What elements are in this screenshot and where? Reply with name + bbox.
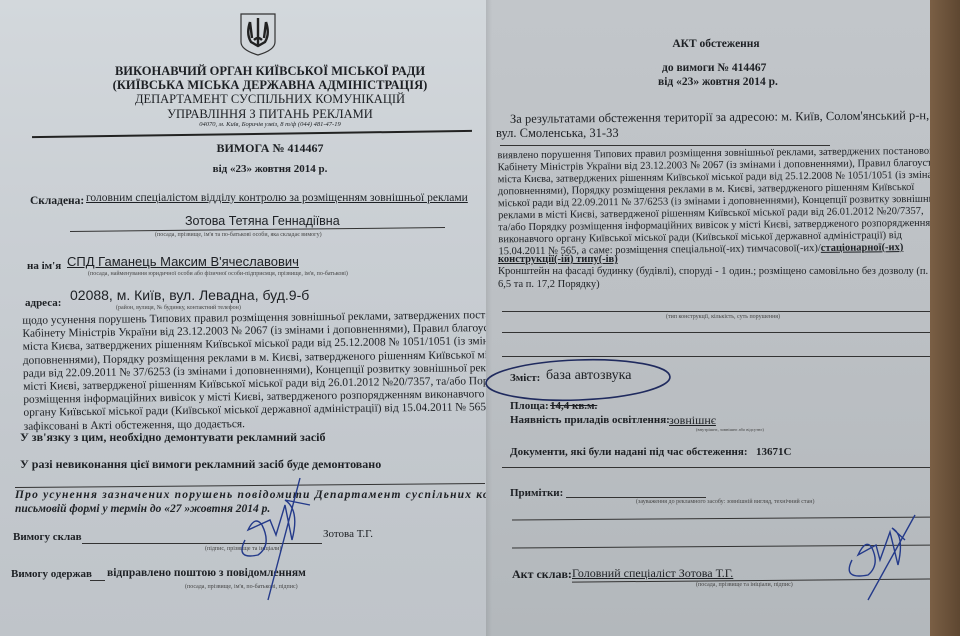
construction-desc2: 6,5 та п. 17,2 Порядку) [498,279,600,290]
composed-by-label: Вимогу склав [13,531,82,543]
department-name: ДЕПАРТАМЕНТ СУСПІЛЬНИХ КОМУНІКАЦІЙ [60,92,480,107]
act-composed-label: Акт склав: [512,567,572,582]
composed-by-name: Зотова Т.Г. [323,528,373,540]
address-hint: (район, вулиця, № будинку, контактний те… [116,305,241,311]
received-value: відправлено поштою з повідомленням [107,567,306,579]
notes-line1 [512,516,946,520]
addressee-label: на ім'я [27,260,61,272]
header-address: 04070, м. Київ, Боричів узвіз, 8 т/ф (04… [60,121,480,128]
notes-label: Примітки: [510,487,563,499]
composed-by-line [82,543,322,544]
construction-type: конструкції(-ій) типу(-ів) [498,254,618,265]
addressee-value: СПД Гаманець Максим В'ячеславович [67,254,299,269]
inspection-act-page: АКТ обстеження до вимоги № 414467 від «2… [486,0,946,636]
documents-line [502,467,942,468]
notice-line2: письмовій формі у термін до «27 »жовтня … [15,503,270,515]
area-value: 14,4 кв.м. [550,400,597,412]
warning-text: У разі невиконання цієї вимоги рекламний… [20,457,381,472]
composer-hint: (посада, прізвище, ім'я та по-батькові о… [155,232,322,238]
content-value: база автозвука [546,368,631,384]
header-divider [32,130,472,138]
area-label: Площа: [510,400,549,412]
notice-divider [15,483,485,488]
act-composed-hint: (посада, прізвище та ініціали, підпис) [696,582,793,588]
addressee-hint: (посада, найменування юридичної особи аб… [88,271,348,277]
lighting-hint: (внутрішнє, зовнішнє або відсутнє) [696,427,764,432]
received-line [90,580,105,581]
construction-desc1: Кронштейн на фасаді будинку (будівлі), с… [498,266,928,277]
notice-line1: Про усунення зазначених порушень повідом… [15,489,486,501]
act-intro-line1: За результатами обстеження території за … [510,108,929,127]
intro-divider [500,145,830,146]
composed-value: головним спеціалістом відділу контролю з… [86,192,468,204]
act-title: АКТ обстеження [486,38,946,50]
demand-date: від «23» жовтня 2014 р. [60,163,480,175]
composed-by-hint: (підпис, прізвище та ініціали) [205,546,281,552]
stationary-emphasis: стаціонарної(-их) [821,242,904,255]
trident-emblem-icon [238,12,278,56]
address-label: адреса: [25,297,61,309]
notes-line-short [566,497,706,498]
composer-name: Зотова Тетяна Геннадіївна [185,214,340,228]
construction-line1 [502,311,932,312]
demand-body: щодо усунення порушень Типових правил ро… [22,309,483,433]
demand-title: ВИМОГА № 414467 [60,141,480,156]
org-name-line2: (КИЇВСЬКА МІСЬКА ДЕРЖАВНА АДМІНІСТРАЦІЯ) [60,78,480,93]
division-name: УПРАВЛІННЯ З ПИТАНЬ РЕКЛАМИ [60,107,480,122]
notes-hint: (зауваження до рекламного засобу: зовніш… [636,499,815,505]
act-composed-value: Головний спеціаліст Зотова Т.Г. [572,566,733,581]
documents-value: 13671С [756,446,791,458]
lighting-label: Наявність приладів освітлення: [510,414,670,426]
act-body: виявлено порушення Типових правил розміщ… [497,146,938,259]
construction-hint: (тип конструкції, кількість, суть поруше… [666,314,780,320]
act-ref: до вимоги № 414467 [662,62,766,74]
composed-label: Складена: [30,195,84,207]
construction-line2 [502,332,932,333]
demand-page: ВИКОНАВЧИЙ ОРГАН КИЇВСЬКОЇ МІСЬКОЇ РАДИ … [0,0,486,636]
address-value: 02088, м. Київ, вул. Левадна, буд.9-б [70,287,309,303]
received-hint: (посада, прізвище, ім'я, по-батькові, пі… [185,584,298,590]
received-label: Вимогу одержав [11,568,92,580]
act-date: від «23» жовтня 2014 р. [658,76,778,88]
notes-line2 [512,544,946,548]
table-background [930,0,960,636]
org-name-line1: ВИКОНАВЧИЙ ОРГАН КИЇВСЬКОЇ МІСЬКОЇ РАДИ [60,64,480,79]
lighting-value: зовнішнє [669,413,716,428]
documents-label: Документи, які були надані під час обсте… [510,446,747,458]
construction-line3 [502,356,932,357]
content-label: Зміст: [510,372,540,384]
demand-action: У зв'язку з цим, необхідно демонтувати р… [20,430,326,445]
page-fold-shadow [486,0,492,636]
act-intro-line2: вул. Смоленська, 31-33 [496,126,619,141]
